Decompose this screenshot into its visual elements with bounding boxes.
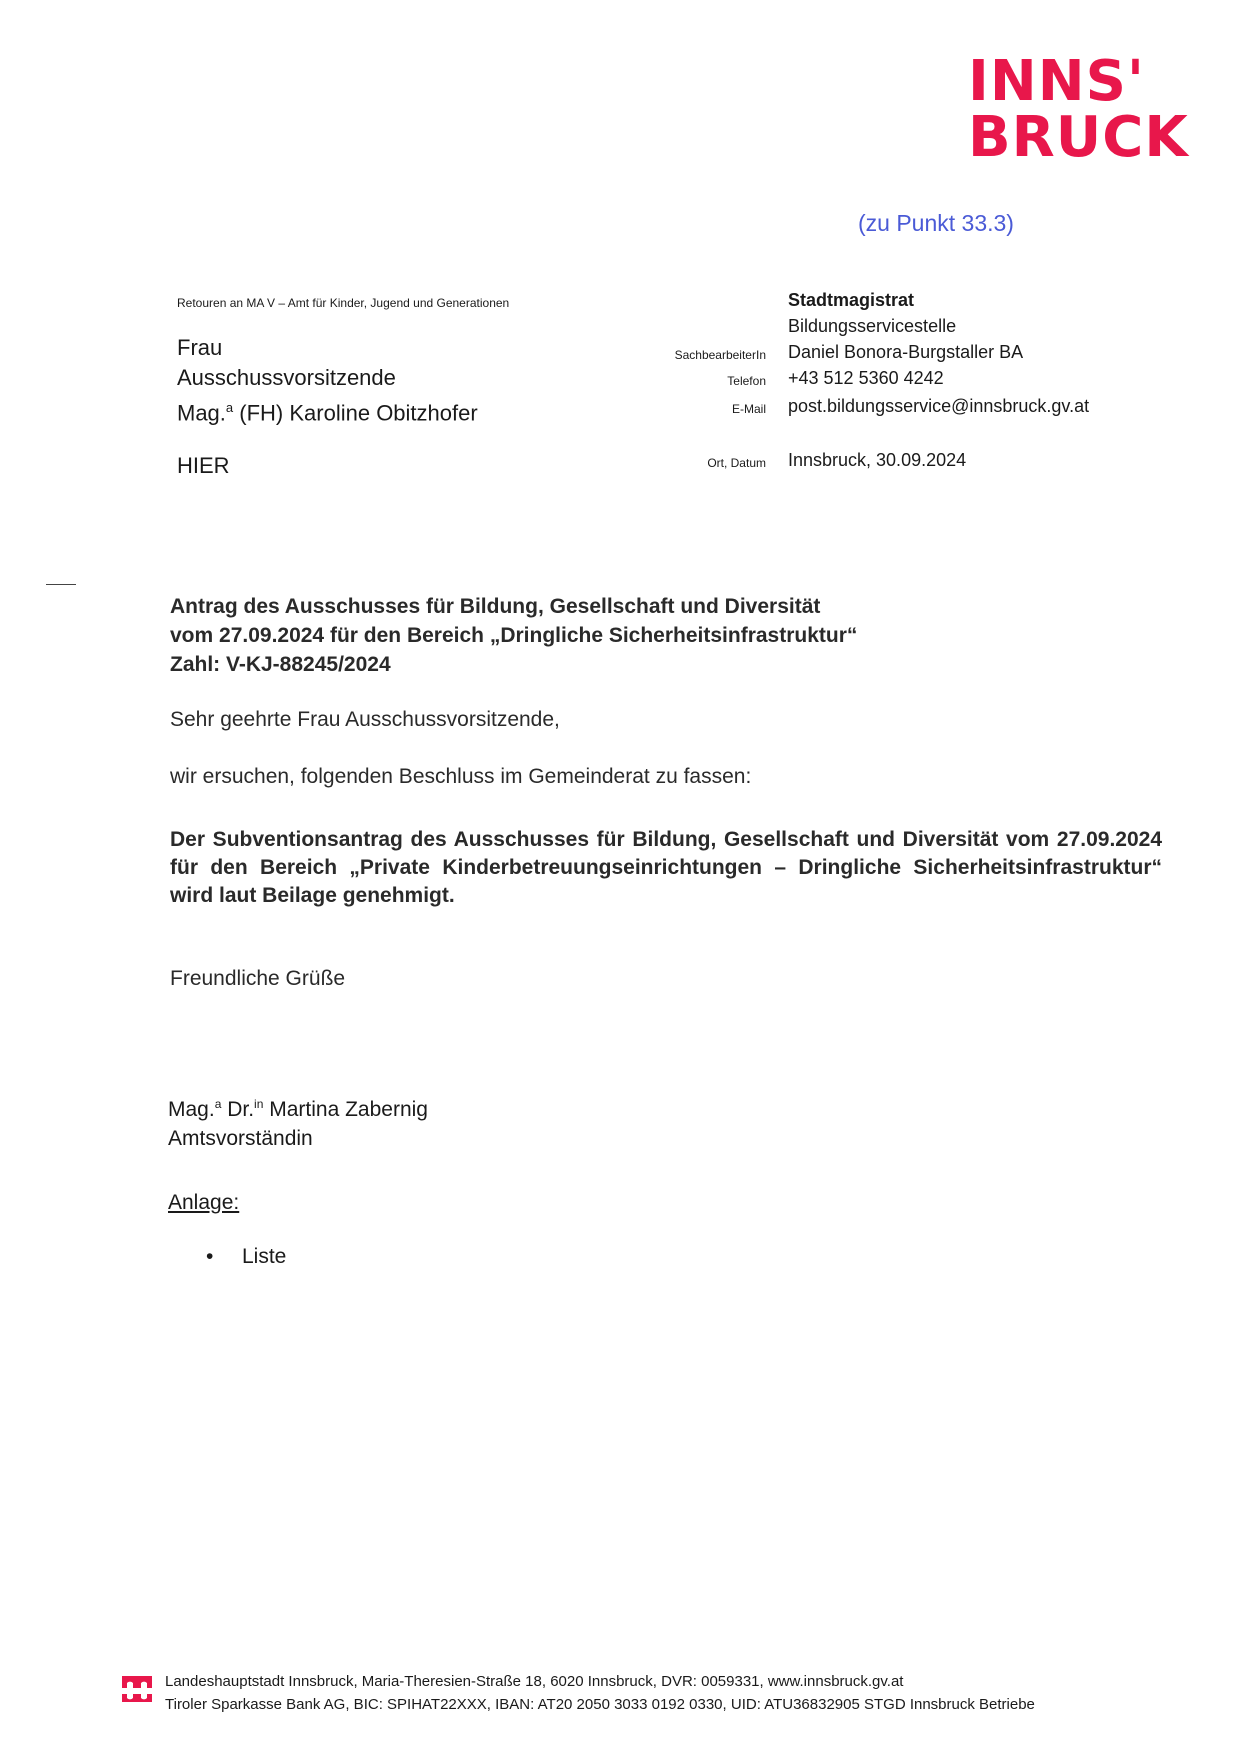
info-row-date: Ort, Datum Innsbruck, 30.09.2024 — [0, 450, 1251, 476]
info-row-clerk: SachbearbeiterIn Daniel Bonora-Burgstall… — [0, 342, 1251, 368]
info-value[interactable]: post.bildungsservice@innsbruck.gv.at — [788, 396, 1089, 417]
signature-position: Amtsvorständin — [168, 1124, 428, 1153]
signature-block: Mag.a Dr.in Martina Zabernig Amtsvorstän… — [168, 1090, 428, 1153]
sender-organization: Stadtmagistrat — [788, 290, 914, 311]
logo-line-1: INNS' — [968, 54, 1189, 110]
subject-line-3: Zahl: V-KJ-88245/2024 — [170, 650, 857, 679]
logo-line-2: BRUCK — [968, 110, 1189, 166]
closing: Freundliche Grüße — [170, 967, 345, 991]
greeting: Sehr geehrte Frau Ausschussvorsitzende, — [170, 708, 560, 732]
signature-name: Mag.a Dr.in Martina Zabernig — [168, 1090, 428, 1124]
info-value: Daniel Bonora-Burgstaller BA — [788, 342, 1023, 363]
subject-block: Antrag des Ausschusses für Bildung, Gese… — [170, 592, 857, 679]
subject-line-2: vom 27.09.2024 für den Bereich „Dringlic… — [170, 621, 857, 650]
info-value: Innsbruck, 30.09.2024 — [788, 450, 966, 471]
info-label: Ort, Datum — [707, 456, 766, 470]
footer: Landeshauptstadt Innsbruck, Maria-Theres… — [165, 1670, 1035, 1716]
list-item: •Liste — [206, 1245, 286, 1269]
fold-mark — [46, 584, 76, 585]
agenda-reference: (zu Punkt 33.3) — [858, 210, 1014, 237]
bullet-icon: • — [206, 1245, 242, 1269]
city-emblem-icon — [120, 1672, 154, 1712]
return-address: Retouren an MA V – Amt für Kinder, Jugen… — [177, 296, 509, 310]
resolution-text: Der Subventionsantrag des Ausschusses fü… — [170, 826, 1162, 910]
subject-line-1: Antrag des Ausschusses für Bildung, Gese… — [170, 592, 857, 621]
sender-department: Bildungsservicestelle — [788, 316, 956, 337]
request-text: wir ersuchen, folgenden Beschluss im Gem… — [170, 765, 751, 789]
info-label: Telefon — [727, 374, 766, 388]
footer-line-1: Landeshauptstadt Innsbruck, Maria-Theres… — [165, 1670, 1035, 1693]
info-row-email: E-Mail post.bildungsservice@innsbruck.gv… — [0, 396, 1251, 422]
innsbruck-logo: INNS' BRUCK — [968, 54, 1189, 166]
attachments-list: •Liste — [206, 1245, 286, 1269]
info-label: SachbearbeiterIn — [675, 348, 766, 362]
info-row-phone: Telefon +43 512 5360 4242 — [0, 368, 1251, 394]
footer-line-2: Tiroler Sparkasse Bank AG, BIC: SPIHAT22… — [165, 1693, 1035, 1716]
info-label: E-Mail — [732, 402, 766, 416]
info-value: +43 512 5360 4242 — [788, 368, 944, 389]
attachments-heading: Anlage: — [168, 1191, 239, 1215]
